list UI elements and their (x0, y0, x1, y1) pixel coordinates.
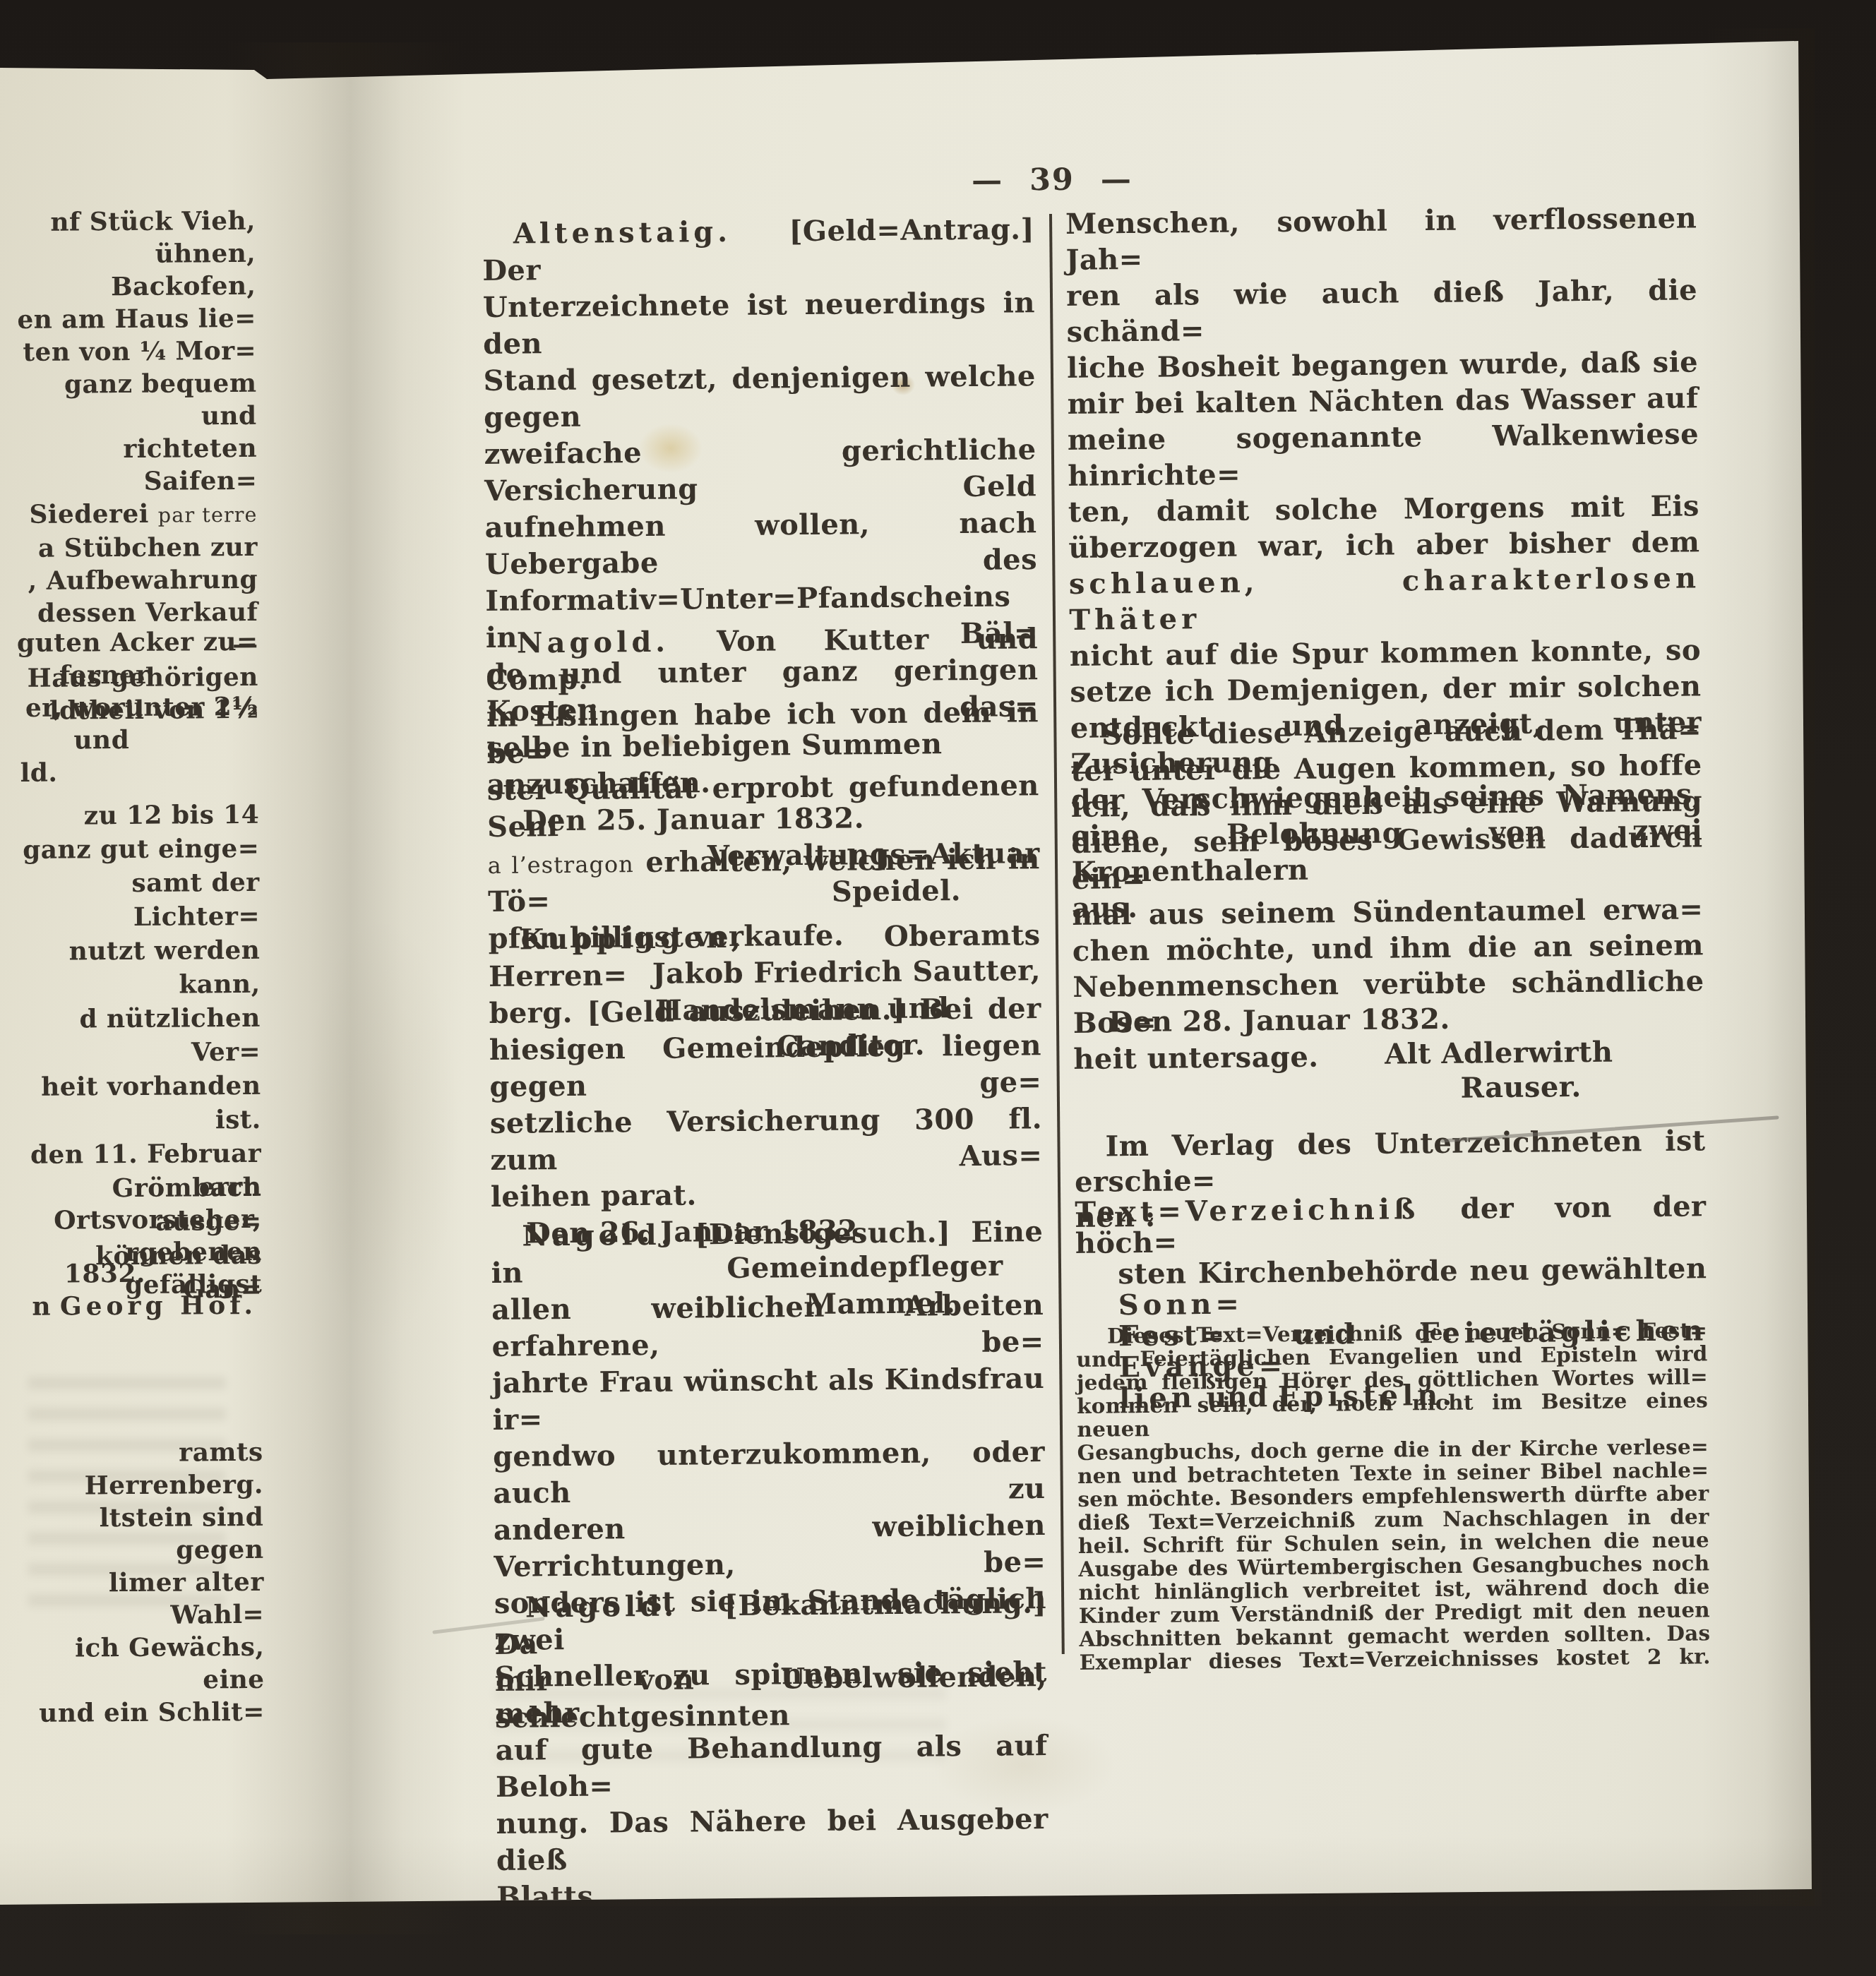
text-segment: guten Acker zu= (17, 627, 258, 658)
text-segment: berg. [Geld auszuleihen.] Bei der (489, 992, 1041, 1030)
text-line: nicht auf die Spur kommen konnte, so (1070, 632, 1701, 674)
text-segment: d nützlichen Ver= (79, 1003, 261, 1067)
text-segment: sten Kirchenbehörde neu gewählten (1118, 1252, 1707, 1291)
letterspaced-text-segment: Text=Verzeichniß (1075, 1192, 1419, 1229)
text-segment: den 11. Februar (30, 1139, 261, 1170)
text-line: ld. (15, 755, 259, 789)
text-segment: Den 28. Januar 1832. (1109, 1002, 1450, 1039)
page-number: — 39 — (932, 162, 1172, 199)
text-segment: Exemplar dieses Text=Verzeichnisses kost… (1079, 1643, 1710, 1675)
letterspaced-text-segment: Sonn= (1118, 1288, 1244, 1322)
text-line: chen möchte, und ihm die an seinem (1073, 927, 1704, 969)
antiqua-text-segment: par terre (158, 503, 258, 527)
text-segment: Sollte diese Anzeige auch dem Thä= (1101, 712, 1702, 751)
text-line: berg. [Geld auszuleihen.] Bei der (489, 990, 1041, 1032)
paragraph-group: Den 28. Januar 1832.Alt AdlerwirthRauser… (1073, 999, 1705, 1109)
text-segment: schlauen, charakterlosen Thäter (1069, 561, 1700, 637)
text-line: Unterzeichnete ist neuerdings in den (483, 285, 1036, 363)
text-line: ganz gut einge= (15, 832, 259, 867)
text-line: den 11. Februar (17, 1137, 261, 1172)
paragraph-group: Nagold. [Dienstgesuch.] Eine inallen wei… (491, 1214, 1049, 1916)
text-line: allen weiblichen Arbeiten erfahrene, be= (491, 1287, 1044, 1365)
text-line: Nagold. Von Kutter und Comp. (486, 621, 1039, 699)
text-segment: überzogen war, ich aber bisher dem (1068, 525, 1699, 565)
text-line: meine sogenannte Walkenwiese hinrichte= (1068, 416, 1699, 494)
text-line: n Georg Hof. (18, 1289, 262, 1323)
text-line: richteten Saifen= (13, 432, 258, 498)
column-divider-rule (1049, 214, 1064, 1654)
text-line: nutzt werden kann, (16, 933, 261, 1002)
text-line: zu 12 bis 14 (15, 798, 259, 833)
text-line: in Eßlingen habe ich von dem in be= (486, 694, 1039, 772)
text-line: jahrte Frau wünscht als Kindsfrau ir= (492, 1360, 1045, 1439)
text-line: ten, damit solche Morgens mit Eis (1068, 488, 1699, 530)
text-line: zweifache gerichtliche Versicherung Geld (484, 431, 1036, 510)
text-segment: er, worunter 2½ (25, 692, 259, 723)
text-line: guten Acker zu= (13, 625, 258, 659)
text-segment: mal aus seinem Sündentaumel erwa= (1072, 892, 1703, 932)
text-line: hiesigen Gemeindepfleg liegen gegen ge= (489, 1027, 1042, 1106)
text-segment: ten von ¼ Mor= (23, 336, 256, 367)
text-segment: setze ich Demjenigen, der mir solchen (1070, 669, 1701, 709)
book-page: — 39 — nf Stück Vieh,ühnen, Backofen,en … (0, 0, 1876, 1976)
text-segment: Alt Adlerwirth (1385, 1036, 1613, 1071)
text-line: setzliche Versicherung 300 fl. zum Aus= (490, 1101, 1043, 1179)
paragraph-group: ramts Herrenberg.ltstein sind gegenlimer… (18, 1436, 265, 1730)
text-segment: a Stübchen zur (38, 532, 258, 563)
text-segment: kommen sein, der, noch nicht im Besitze … (1077, 1387, 1708, 1442)
text-segment: zu 12 bis 14 (84, 800, 260, 831)
text-segment: und (73, 725, 129, 755)
text-segment: nutzt werden kann, (69, 935, 261, 1000)
text-line: ramts Herrenberg. (18, 1436, 263, 1502)
letterspaced-text-segment: Nagold. (522, 1218, 675, 1253)
text-line: auf gute Behandlung als auf Beloh= (495, 1727, 1048, 1806)
text-segment: hiesigen Gemeindepfleg liegen gegen ge= (489, 1029, 1042, 1103)
text-line: d nützlichen Ver= (16, 1001, 261, 1070)
text-segment: jahrte Frau wünscht als Kindsfrau ir= (492, 1362, 1044, 1437)
antiqua-text-segment: a l’estragon (488, 851, 634, 879)
text-segment: leihen parat. (491, 1178, 697, 1214)
paragraph-group: Nagold. [Bekanntmachung.] Damir von Uebe… (494, 1585, 1048, 1737)
text-line: setze ich Demjenigen, der mir solchen (1070, 668, 1701, 710)
text-segment: ren als wie auch dieß Jahr, die schänd= (1066, 273, 1697, 349)
text-line: Nagold. [Dienstgesuch.] Eine in (491, 1214, 1044, 1292)
text-line: ren als wie auch dieß Jahr, die schänd= (1066, 272, 1698, 350)
text-segment: Im Verlag des Unterzeichneten ist erschi… (1075, 1124, 1706, 1199)
text-segment: nf Stück Vieh, (50, 206, 256, 237)
text-line: diene, sein böses Gewissen dadurch ein= (1071, 819, 1703, 897)
text-line: Siederei par terre (13, 497, 257, 532)
text-line: Menschen, sowohl in verflossenen Jah= (1065, 200, 1697, 278)
text-line: , Aufbewahrung (13, 563, 258, 597)
text-segment: n (32, 1292, 60, 1322)
text-segment: nicht auf die Spur kommen konnte, so (1070, 633, 1701, 673)
text-line: Sollte diese Anzeige auch dem Thä= (1070, 711, 1702, 753)
text-segment: ster Qualität erprobt gefundenen Senf (487, 769, 1039, 844)
text-segment: setzliche Versicherung 300 fl. zum Aus= (490, 1102, 1043, 1177)
text-line: mir von Uebelwollenden, schlechtgesinnte… (495, 1658, 1048, 1737)
scanned-newspaper-photo: { "page_number": { "text": "— 39 —", "nu… (0, 0, 1876, 1976)
text-line: en am Haus lie= (12, 302, 256, 336)
text-segment: Stand gesetzt, denjenigen welche gegen (484, 359, 1036, 434)
text-segment: aufnehmen wollen, nach Uebergabe des (484, 506, 1037, 581)
text-line: überzogen war, ich aber bisher dem (1068, 524, 1699, 566)
text-line: ich Gewächs, eine (20, 1631, 265, 1697)
text-segment: Unterzeichnete ist neuerdings in den (483, 286, 1035, 361)
text-segment: ferner (59, 660, 150, 690)
text-line: aufnehmen wollen, nach Uebergabe des (484, 505, 1037, 583)
paragraph-group: guten Acker zu=fernerer, worunter 2½undl… (13, 625, 258, 789)
text-line: Altenstaig. [Geld=Antrag.] Der (482, 211, 1035, 289)
text-line: 1832. (18, 1257, 262, 1291)
text-segment: 1832. (64, 1259, 145, 1289)
text-segment: ühnen, Backofen, (111, 239, 256, 301)
text-line: errn Ortsvorsteher, (17, 1170, 262, 1237)
text-line: a l’estragon erhalten, welchen ich in Tö… (487, 841, 1040, 921)
text-line: a Stübchen zur (13, 531, 258, 565)
text-line: und (14, 723, 258, 757)
text-segment: mir von Uebelwollenden, schlechtgesinnte… (495, 1660, 1047, 1735)
text-segment: Rauser. (1460, 1070, 1582, 1105)
text-line: Kuppingen, Oberamts Herren= (488, 917, 1041, 995)
text-line: mal aus seinem Sündentaumel erwa= (1072, 891, 1703, 933)
text-line: heit vorhanden ist. (16, 1069, 261, 1138)
text-segment: ich, daß ihm dieß als eine Warnung (1071, 784, 1702, 824)
text-segment: ganz bequem und (64, 369, 257, 431)
text-line: Stand gesetzt, denjenigen welche gegen (483, 358, 1036, 436)
paper-stain (304, 918, 459, 1341)
text-line: nung. Das Nähere bei Ausgeber dieß (496, 1801, 1048, 1879)
text-segment: anderen weiblichen Verrichtungen, be= (494, 1509, 1046, 1583)
text-segment: en am Haus lie= (17, 304, 256, 335)
paragraph-group: 1832.n Georg Hof. (18, 1257, 263, 1323)
text-line: leihen parat. (491, 1174, 1043, 1216)
text-segment: ld. (20, 758, 58, 788)
text-line: anderen weiblichen Verrichtungen, be= (494, 1507, 1046, 1586)
text-segment: diene, sein böses Gewissen dadurch ein= (1071, 820, 1702, 896)
text-line: ter unter die Augen kommen, so hoffe (1070, 747, 1702, 789)
text-segment: chen möchte, und ihm die an seinem (1073, 928, 1704, 968)
text-segment: ltstein sind gegen (99, 1502, 263, 1565)
text-segment: ter unter die Augen kommen, so hoffe (1070, 748, 1702, 788)
text-line: ferner (14, 658, 258, 692)
text-segment: Siederei (29, 499, 158, 529)
text-line: ltstein sind gegen (19, 1501, 264, 1567)
text-line: Rauser. (1074, 1068, 1705, 1109)
text-line: liche Bosheit begangen wurde, daß sie (1067, 344, 1698, 386)
letterspaced-text-segment: Altenstaig. (513, 215, 732, 251)
text-segment: und ein Schlit= (39, 1697, 265, 1728)
text-line: limer alter Wahl= (20, 1566, 265, 1632)
letterspaced-text-segment: Kuppingen, (519, 921, 745, 957)
text-segment: heit vorhanden ist. (41, 1071, 261, 1134)
text-segment: ramts Herrenberg. (85, 1437, 263, 1501)
text-segment: mir bei kalten Nächten das Wasser auf (1067, 381, 1698, 421)
text-segment: meine sogenannte Walkenwiese hinrichte= (1068, 417, 1699, 493)
text-line: Alt Adlerwirth (1073, 1034, 1704, 1074)
letterspaced-text-segment: Georg Hof. (60, 1291, 257, 1322)
text-line: ganz bequem und (12, 367, 257, 433)
text-segment: Menschen, sowohl in verflossenen Jah= (1065, 201, 1697, 277)
text-segment: ten, damit solche Morgens mit Eis (1068, 489, 1699, 529)
text-line: ster Qualität erprobt gefundenen Senf (487, 767, 1040, 846)
text-segment: allen weiblichen Arbeiten erfahrene, be= (491, 1288, 1044, 1363)
text-line: samt der Lichter= (16, 866, 261, 935)
text-line: gendwo unterzukommen, oder auch zu (493, 1434, 1046, 1512)
text-segment: liche Bosheit begangen wurde, daß sie (1067, 345, 1698, 385)
text-line: sten Kirchenbehörde neu gewählten Sonn= (1075, 1253, 1707, 1322)
text-segment: ganz gut einge= (23, 834, 259, 865)
paragraph-group: Dieses Text=Verzeichniß der neuen Sonn= … (1076, 1318, 1711, 1674)
text-segment: zweifache gerichtliche Versicherung Geld (484, 433, 1036, 508)
letterspaced-text-segment: Nagold. (525, 1590, 679, 1624)
text-segment: richteten Saifen= (123, 433, 257, 496)
text-segment: , Aufbewahrung (28, 565, 258, 596)
text-segment: in Eßlingen habe ich von dem in be= (486, 695, 1039, 770)
text-line: nf Stück Vieh, (11, 205, 256, 239)
text-line: Im Verlag des Unterzeichneten ist erschi… (1074, 1123, 1706, 1200)
text-segment: ich Gewächs, eine (75, 1632, 265, 1695)
text-line: schlauen, charakterlosen Thäter (1069, 560, 1701, 638)
text-segment: auf gute Behandlung als auf Beloh= (495, 1729, 1047, 1804)
text-line: mir bei kalten Nächten das Wasser auf (1067, 380, 1698, 422)
text-line: er, worunter 2½ (14, 690, 258, 724)
text-segment: gendwo unterzukommen, oder auch zu (493, 1435, 1046, 1510)
text-line: Den 28. Januar 1832. (1073, 999, 1704, 1040)
text-line: ten von ¼ Mor= (12, 335, 256, 369)
text-segment: limer alter Wahl= (109, 1567, 264, 1630)
text-line: Nagold. [Bekanntmachung.] Da (494, 1585, 1047, 1663)
letterspaced-text-segment: Nagold. (517, 625, 670, 660)
text-segment: samt der Lichter= (131, 868, 260, 932)
text-segment: nung. Das Nähere bei Ausgeber dieß (496, 1802, 1048, 1877)
text-segment: errn Ortsvorsteher, (54, 1172, 262, 1235)
text-line: Text=Verzeichniß der von der höch= (1075, 1191, 1707, 1259)
text-line: kommen sein, der, noch nicht im Besitze … (1077, 1388, 1709, 1441)
text-line: ühnen, Backofen, (11, 237, 256, 304)
text-line: ich, daß ihm dieß als eine Warnung (1071, 783, 1702, 825)
text-line: und ein Schlit= (20, 1696, 265, 1730)
text-line: Exemplar dieses Text=Verzeichnisses kost… (1079, 1644, 1710, 1674)
